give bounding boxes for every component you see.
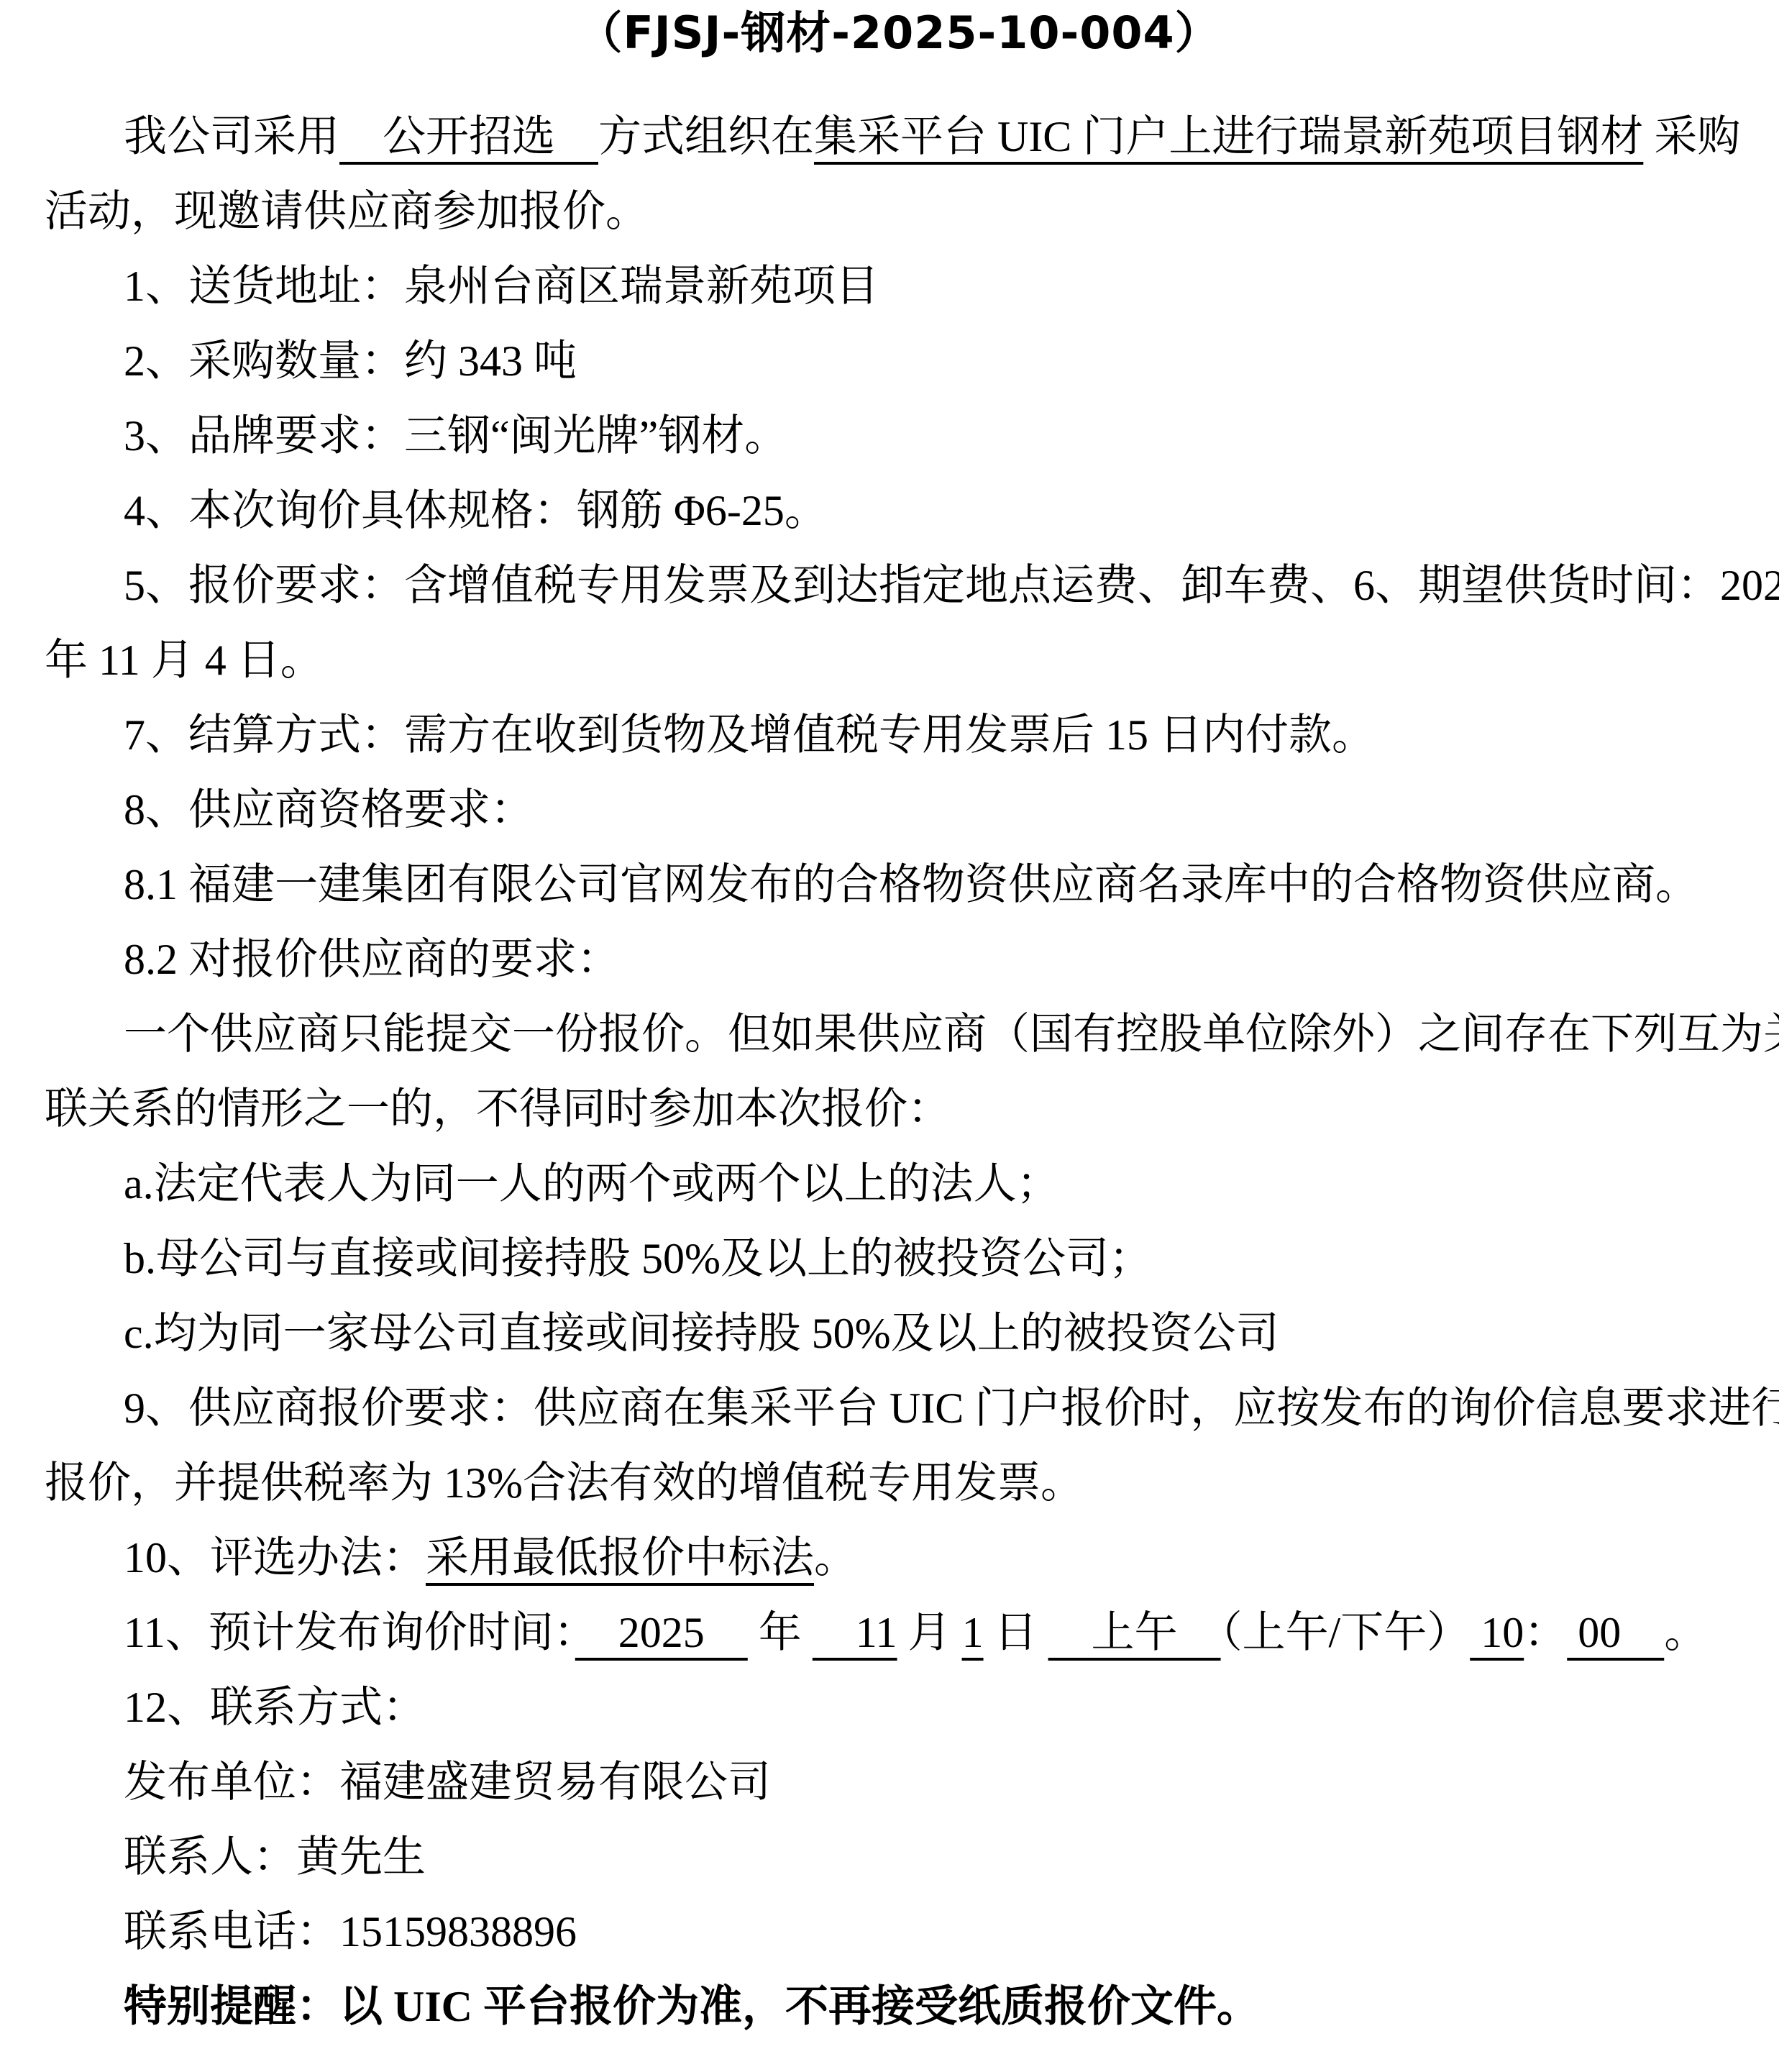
text-segment: 1、送货地址：泉州台商区瑞景新苑项目 xyxy=(124,263,879,310)
text-segment: 联系人：黄先生 xyxy=(124,1833,426,1881)
text-segment: 月 xyxy=(897,1609,962,1656)
document-page: （FJSJ-钢材-2025-10-004） 我公司采用 公开招选 方式组织在集采… xyxy=(0,0,1779,2072)
text-line: b.母公司与直接或间接持股 50%及以上的被投资公司； xyxy=(45,1221,1753,1296)
text-line: 10、评选办法：采用最低报价中标法。 xyxy=(45,1520,1753,1595)
text-segment: 日 xyxy=(984,1609,1048,1656)
text-segment: 5、报价要求：含增值税专用发票及到达指定地点运费、卸车费、6、期望供货时间：20… xyxy=(124,562,1779,609)
text-segment: 。 xyxy=(1664,1609,1707,1656)
underlined-text: 11 xyxy=(813,1609,897,1656)
text-segment: 12、联系方式： xyxy=(124,1684,426,1731)
text-line: 8.2 对报价供应商的要求： xyxy=(45,922,1753,997)
text-line: 联关系的情形之一的，不得同时参加本次报价： xyxy=(45,1072,1753,1146)
underlined-text: 上午 xyxy=(1048,1609,1221,1656)
text-segment: c.均为同一家母公司直接或间接持股 50%及以上的被投资公司 xyxy=(124,1310,1279,1357)
text-line: c.均为同一家母公司直接或间接持股 50%及以上的被投资公司 xyxy=(45,1296,1753,1371)
text-segment: 8.1 福建一建集团有限公司官网发布的合格物资供应商名录库中的合格物资供应商。 xyxy=(124,861,1698,908)
text-segment: 4、本次询价具体规格：钢筋 Φ6-25。 xyxy=(124,487,828,534)
underlined-text: 1 xyxy=(962,1609,984,1656)
underlined-text: 采用最低报价中标法 xyxy=(426,1534,814,1582)
text-segment: 联关系的情形之一的，不得同时参加本次报价： xyxy=(45,1085,951,1133)
text-line: 4、本次询价具体规格：钢筋 Φ6-25。 xyxy=(45,473,1753,548)
text-line: 11、预计发布询价时间： 2025 年 11 月 1 日 上午 （上午/下午） … xyxy=(45,1595,1753,1670)
text-segment: 年 11 月 4 日。 xyxy=(45,636,324,684)
document-title: （FJSJ-钢材-2025-10-004） xyxy=(45,3,1753,63)
text-line: 2、采购数量：约 343 吨 xyxy=(45,324,1753,398)
text-line: 报价，并提供税率为 13%合法有效的增值税专用发票。 xyxy=(45,1446,1753,1520)
underlined-text: 公开招选 xyxy=(339,113,598,160)
text-line: 年 11 月 4 日。 xyxy=(45,623,1753,698)
text-segment: 一个供应商只能提交一份报价。但如果供应商（国有控股单位除外）之间存在下列互为关 xyxy=(124,1010,1779,1058)
document-body: 我公司采用 公开招选 方式组织在集采平台 UIC 门户上进行瑞景新苑项目钢材 采… xyxy=(45,99,1753,2044)
underlined-text: 00 xyxy=(1567,1609,1664,1656)
text-segment: （上午/下午） xyxy=(1221,1609,1471,1656)
underlined-text: 集采平台 UIC 门户上进行瑞景新苑项目钢材 xyxy=(814,113,1643,160)
text-line: 3、品牌要求：三钢“闽光牌”钢材。 xyxy=(45,398,1753,473)
text-segment: 10、评选办法： xyxy=(124,1534,426,1582)
text-segment: 报价，并提供税率为 13%合法有效的增值税专用发票。 xyxy=(45,1459,1084,1507)
text-line: 8.1 福建一建集团有限公司官网发布的合格物资供应商名录库中的合格物资供应商。 xyxy=(45,847,1753,922)
text-segment: 方式组织在 xyxy=(598,113,814,160)
text-line: a.法定代表人为同一人的两个或两个以上的法人； xyxy=(45,1146,1753,1221)
text-segment: 联系电话：15159838896 xyxy=(124,1908,577,1955)
text-segment: 我公司采用 xyxy=(124,113,339,160)
text-segment: a.法定代表人为同一人的两个或两个以上的法人； xyxy=(124,1160,1060,1208)
text-line: 发布单位：福建盛建贸易有限公司 xyxy=(45,1745,1753,1820)
text-segment: b.母公司与直接或间接持股 50%及以上的被投资公司； xyxy=(124,1235,1152,1282)
text-segment: 采购 xyxy=(1643,113,1740,160)
text-segment: 8、供应商资格要求： xyxy=(124,786,534,834)
text-line: 9、供应商报价要求：供应商在集采平台 UIC 门户报价时，应按发布的询价信息要求… xyxy=(45,1371,1753,1446)
text-line: 7、结算方式：需方在收到货物及增值税专用发票后 15 日内付款。 xyxy=(45,698,1753,772)
text-line: 一个供应商只能提交一份报价。但如果供应商（国有控股单位除外）之间存在下列互为关 xyxy=(45,997,1753,1072)
text-line: 1、送货地址：泉州台商区瑞景新苑项目 xyxy=(45,249,1753,324)
text-line: 我公司采用 公开招选 方式组织在集采平台 UIC 门户上进行瑞景新苑项目钢材 采… xyxy=(45,99,1753,174)
text-segment: 7、结算方式：需方在收到货物及增值税专用发票后 15 日内付款。 xyxy=(124,711,1375,759)
text-segment: 2、采购数量：约 343 吨 xyxy=(124,337,577,385)
underlined-text: 2025 xyxy=(575,1609,748,1656)
text-segment: 3、品牌要求：三钢“闽光牌”钢材。 xyxy=(124,412,787,460)
text-segment: ： xyxy=(1524,1609,1567,1656)
underlined-text: 10 xyxy=(1470,1609,1524,1656)
text-line: 5、报价要求：含增值税专用发票及到达指定地点运费、卸车费、6、期望供货时间：20… xyxy=(45,548,1753,623)
text-line: 联系人：黄先生 xyxy=(45,1820,1753,1894)
text-line: 12、联系方式： xyxy=(45,1670,1753,1745)
text-line: 活动，现邀请供应商参加报价。 xyxy=(45,174,1753,249)
text-line: 联系电话：15159838896 xyxy=(45,1894,1753,1969)
text-segment: 特别提醒：以 UIC 平台报价为准，不再接受纸质报价文件。 xyxy=(124,1983,1260,2030)
text-segment: 11、预计发布询价时间： xyxy=(124,1609,575,1656)
text-segment: 年 xyxy=(748,1609,813,1656)
text-segment: 活动，现邀请供应商参加报价。 xyxy=(45,188,649,235)
text-line: 8、供应商资格要求： xyxy=(45,772,1753,847)
text-line: 特别提醒：以 UIC 平台报价为准，不再接受纸质报价文件。 xyxy=(45,1969,1753,2044)
text-segment: 9、供应商报价要求：供应商在集采平台 UIC 门户报价时，应按发布的询价信息要求… xyxy=(124,1384,1779,1432)
text-segment: 发布单位：福建盛建贸易有限公司 xyxy=(124,1758,771,1806)
text-segment: 。 xyxy=(814,1534,857,1582)
text-segment: 8.2 对报价供应商的要求： xyxy=(124,936,620,983)
